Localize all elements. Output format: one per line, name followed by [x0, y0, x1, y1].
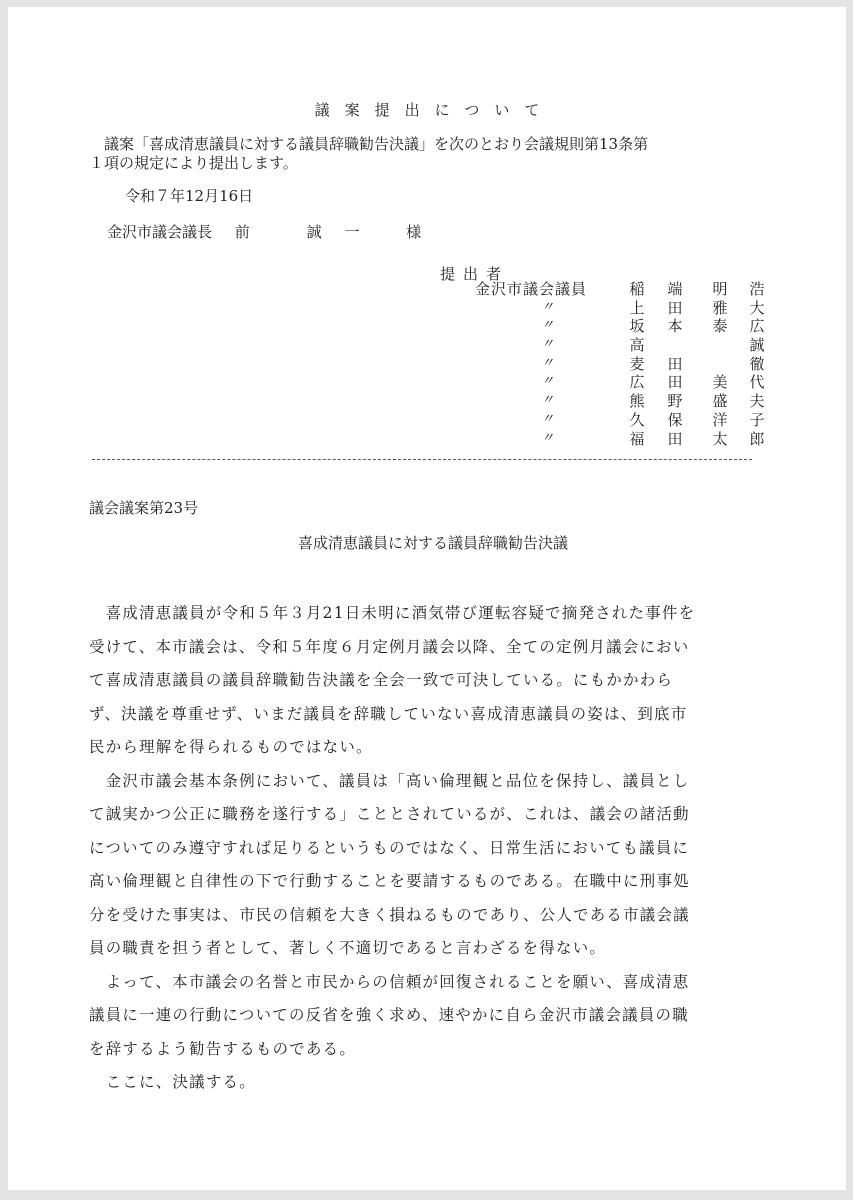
name-char: 盛: [712, 392, 728, 411]
ditto-mark: 〃: [541, 355, 554, 374]
name-char: 熊: [629, 392, 645, 411]
submitter-row: 〃 坂 本 泰 広: [475, 317, 775, 336]
name-char: 福: [629, 430, 645, 449]
addressee-given-1: 誠: [307, 221, 322, 242]
body-line: についてのみ遵守すれば足りるというものではなく、日常生活においても議員に: [89, 832, 771, 866]
body-line: ず、決議を尊重せず、いまだ議員を辞職していない喜成清恵議員の姿は、到底市: [89, 698, 771, 732]
name-char: 明: [712, 280, 728, 299]
name-char: 美: [712, 373, 728, 392]
body-line: 高い倫理観と自律性の下で行動することを要請するものである。在職中に刑事処: [89, 865, 771, 899]
ditto-mark: 〃: [541, 392, 554, 411]
ditto-mark: 〃: [541, 373, 554, 392]
submitter-row: 金沢市議会議員 稲 端 明 浩: [475, 280, 775, 299]
name-char: 大: [749, 299, 765, 318]
name-char: 太: [712, 430, 728, 449]
body-line: 分を受けた事実は、市民の信頼を大きく損ねるものであり、公人である市議会議: [89, 899, 771, 933]
name-char: 浩: [749, 280, 765, 299]
name-char: 保: [667, 411, 683, 430]
submitter-row: 〃 熊 野 盛 夫: [475, 392, 775, 411]
submitter-row: 〃 麦 田 徹: [475, 355, 775, 374]
name-char: 端: [667, 280, 683, 299]
body-line: 民から理解を得られるものではない。: [89, 731, 771, 765]
body-line: 員の職責を担う者として、著しく不適切であると言わざるを得ない。: [89, 932, 771, 966]
submitter-affiliation: 金沢市議会議員: [475, 280, 587, 299]
name-char: 田: [667, 355, 683, 374]
addressee-role: 金沢市議会議長: [107, 221, 212, 242]
submitter-row: 〃 福 田 太 郎: [475, 430, 775, 449]
body-line: 受けて、本市議会は、令和５年度６月定例月議会以降、全ての定例月議会におい: [89, 631, 771, 665]
name-char: 田: [667, 430, 683, 449]
addressee: 金沢市議会議長 前 誠 一 様: [107, 221, 421, 242]
body-line: て喜成清恵議員の議員辞職勧告決議を全会一致で可決している。にもかかわら: [89, 664, 771, 698]
name-char: 広: [749, 317, 765, 336]
name-char: 泰: [712, 317, 728, 336]
document-title: 議案提出について: [8, 99, 846, 120]
name-char: 田: [667, 373, 683, 392]
submitter-row: 〃 広 田 美 代: [475, 373, 775, 392]
body-line: を辞するよう勧告するものである。: [89, 1033, 771, 1067]
name-char: 本: [667, 317, 683, 336]
name-char: 雅: [712, 299, 728, 318]
ditto-mark: 〃: [541, 299, 554, 318]
ditto-mark: 〃: [541, 411, 554, 430]
intro-line-1: 議案「喜成清恵議員に対する議員辞職勧告決議」を次のとおり会議規則第13条第: [89, 133, 648, 154]
name-char: 久: [629, 411, 645, 430]
bill-number: 議会議案第23号: [89, 497, 198, 518]
section-divider: [92, 459, 752, 460]
name-char: 麦: [629, 355, 645, 374]
name-char: 稲: [629, 280, 645, 299]
name-char: 上: [629, 299, 645, 318]
submitter-row: 〃 上 田 雅 大: [475, 299, 775, 318]
name-char: 代: [749, 373, 765, 392]
name-char: 高: [629, 336, 645, 355]
name-char: 郎: [749, 430, 765, 449]
addressee-surname: 前: [235, 221, 250, 242]
intro-line-2: １項の規定により提出します。: [89, 152, 298, 173]
name-char: 坂: [629, 317, 645, 336]
body-line: て誠実かつ公正に職務を遂行する」こととされているが、これは、議会の諸活動: [89, 798, 771, 832]
body-line: 金沢市議会基本条例において、議員は「高い倫理観と品位を保持し、議員とし: [89, 765, 771, 799]
body-line: 喜成清恵議員が令和５年３月21日未明に酒気帯び運転容疑で摘発された事件を: [89, 597, 771, 631]
addressee-given-2: 一: [344, 221, 359, 242]
submitter-row: 〃 高 誠: [475, 336, 775, 355]
body-line: ここに、決議する。: [89, 1066, 771, 1100]
ditto-mark: 〃: [541, 317, 554, 336]
name-char: 洋: [712, 411, 728, 430]
name-char: 広: [629, 373, 645, 392]
submitter-row: 〃 久 保 洋 子: [475, 411, 775, 430]
body-line: 議員に一連の行動についての反省を強く求め、速やかに自ら金沢市議会議員の職: [89, 999, 771, 1033]
submitters-list: 金沢市議会議員 稲 端 明 浩 〃 上 田 雅 大 〃 坂 本 泰 広 〃 高: [475, 280, 775, 448]
name-char: 徹: [749, 355, 765, 374]
name-char: 野: [667, 392, 683, 411]
document-page: 議案提出について 議案「喜成清恵議員に対する議員辞職勧告決議」を次のとおり会議規…: [8, 7, 846, 1190]
resolution-body: 喜成清恵議員が令和５年３月21日未明に酒気帯び運転容疑で摘発された事件を 受けて…: [89, 597, 771, 1100]
addressee-honorific: 様: [406, 221, 421, 242]
bill-title: 喜成清恵議員に対する議員辞職勧告決議: [8, 532, 853, 553]
body-line: よって、本市議会の名誉と市民からの信頼が回復されることを願い、喜成清恵: [89, 966, 771, 1000]
ditto-mark: 〃: [541, 430, 554, 449]
submission-date: 令和７年12月16日: [125, 185, 253, 206]
name-char: 誠: [749, 336, 765, 355]
name-char: 子: [749, 411, 765, 430]
name-char: 夫: [749, 392, 765, 411]
name-char: 田: [667, 299, 683, 318]
ditto-mark: 〃: [541, 336, 554, 355]
